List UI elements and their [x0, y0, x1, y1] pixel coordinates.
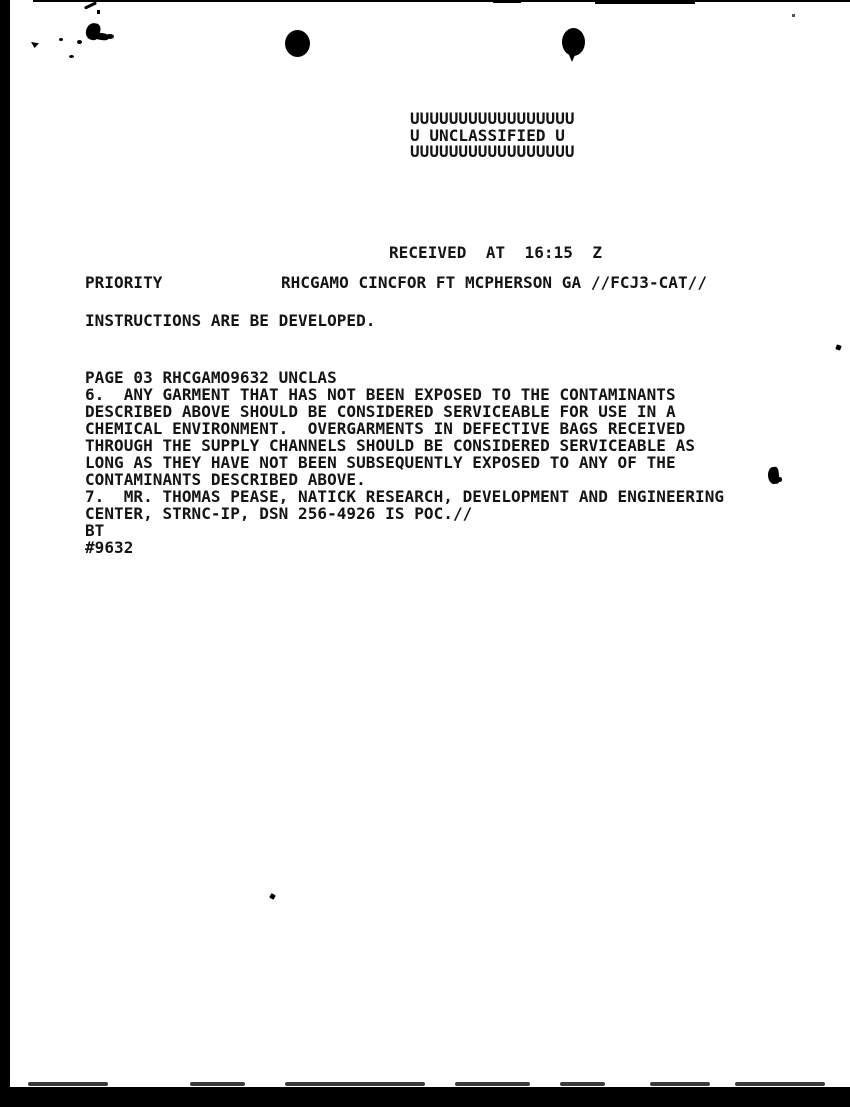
- scan-edge-fray: [560, 1082, 605, 1086]
- ink-smudge: [97, 10, 100, 14]
- scan-edge-fray: [650, 1082, 710, 1086]
- scan-edge-fray: [455, 1082, 530, 1086]
- scan-edge-fray: [28, 1082, 108, 1086]
- ink-smudge: [69, 55, 74, 58]
- received-timestamp-line: RECEIVED AT 16:15 Z: [389, 243, 602, 262]
- scan-edge-bottom: [0, 1087, 850, 1107]
- ink-speck: [792, 14, 795, 17]
- ink-smudge: [106, 34, 114, 39]
- message-body: PAGE 03 RHCGAMO9632 UNCLAS 6. ANY GARMEN…: [85, 369, 724, 556]
- ink-speck: [835, 344, 841, 350]
- hole-punch-right-tail: [567, 50, 577, 62]
- scan-edge-top: [33, 0, 850, 2]
- hole-punch-left-icon: [285, 30, 310, 57]
- ink-smudge: [84, 1, 97, 9]
- scan-edge-top-dash: [493, 0, 521, 3]
- ink-speck: [269, 893, 276, 900]
- ink-smudge: [59, 38, 63, 41]
- ink-smudge: [31, 42, 39, 48]
- scan-edge-fray: [190, 1082, 245, 1086]
- scan-edge-left: [0, 0, 10, 1092]
- scan-edge-fray: [285, 1082, 425, 1086]
- scan-edge-fray: [735, 1082, 825, 1086]
- instructions-line: INSTRUCTIONS ARE BE DEVELOPED.: [85, 311, 375, 330]
- routing-line: RHCGAMO CINCFOR FT MCPHERSON GA //FCJ3-C…: [281, 273, 707, 292]
- priority-label: PRIORITY: [85, 273, 162, 292]
- scanned-message-page: UUUUUUUUUUUUUUUUU U UNCLASSIFIED U UUUUU…: [0, 0, 850, 1107]
- scan-edge-top-dash: [595, 0, 695, 4]
- classification-banner: UUUUUUUUUUUUUUUUU U UNCLASSIFIED U UUUUU…: [410, 111, 575, 161]
- ink-blotch: [776, 477, 782, 482]
- ink-smudge: [77, 40, 82, 44]
